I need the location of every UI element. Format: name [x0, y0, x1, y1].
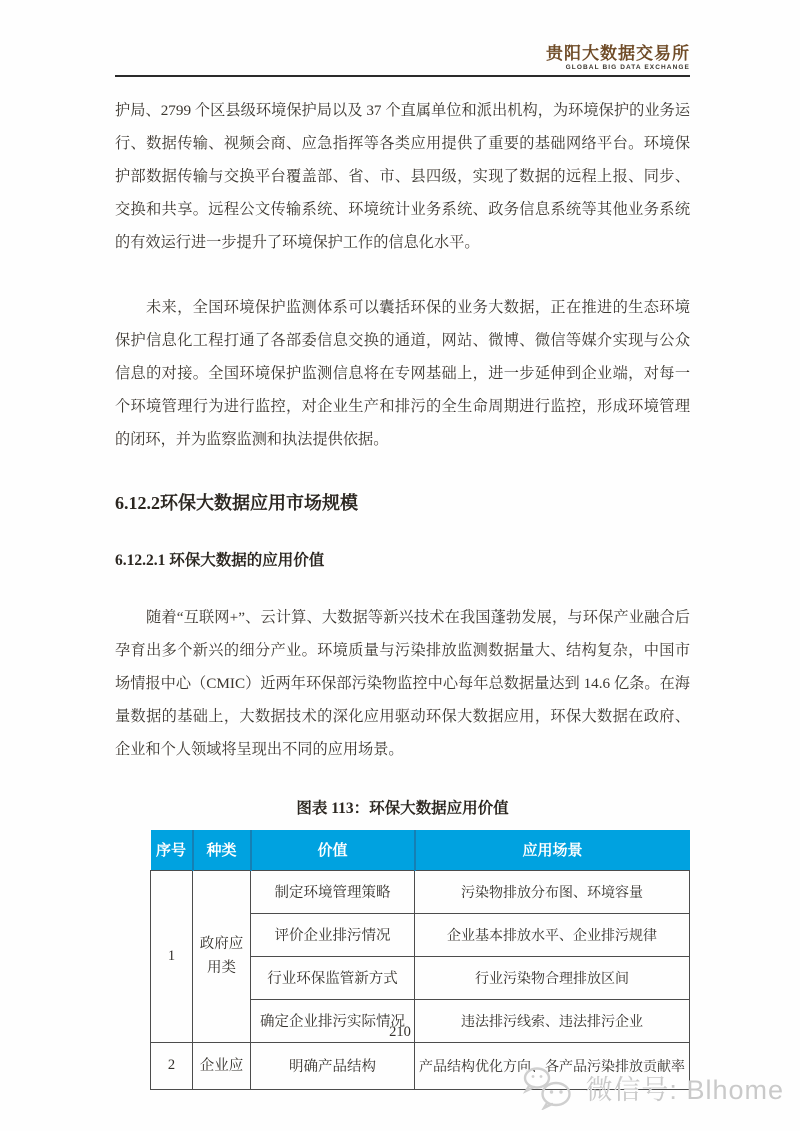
- table-header: 序号 种类 价值 应用场景: [151, 830, 690, 870]
- page-header: 贵阳大数据交易所 GLOBAL BIG DATA EXCHANGE: [115, 0, 690, 77]
- subsection-heading: 6.12.2.1 环保大数据的应用价值: [115, 548, 690, 570]
- section-heading: 6.12.2环保大数据应用市场规模: [115, 489, 690, 515]
- category-cell: 企业应: [193, 1042, 251, 1089]
- page-content: 护局、2799 个区县级环境保护局以及 37 个直属单位和派出机构，为环境保护的…: [115, 77, 690, 1090]
- paragraph-application-value: 随着“互联网+”、云计算、大数据等新兴技术在我国蓬勃发展，与环保产业融合后孕育出…: [115, 601, 690, 766]
- value-cell: 评价企业排污情况: [251, 913, 415, 956]
- row-number-cell: 2: [151, 1042, 193, 1089]
- value-cell: 明确产品结构: [251, 1042, 415, 1089]
- table-caption: 图表 113：环保大数据应用价值: [115, 796, 690, 818]
- scene-cell: 行业污染物合理排放区间: [415, 956, 690, 999]
- column-header-no: 序号: [151, 830, 193, 870]
- brand-subtitle: GLOBAL BIG DATA EXCHANGE: [546, 63, 690, 72]
- watermark: 微信号: Blhome: [521, 1064, 784, 1110]
- value-table-body: 1政府应用类制定环境管理策略污染物排放分布图、环境容量评价企业排污情况企业基本排…: [151, 870, 690, 1089]
- category-cell: 政府应用类: [193, 870, 251, 1042]
- table-row: 1政府应用类制定环境管理策略污染物排放分布图、环境容量: [151, 870, 690, 913]
- scene-cell: 企业基本排放水平、企业排污规律: [415, 913, 690, 956]
- value-cell: 行业环保监管新方式: [251, 956, 415, 999]
- table-header-row: 序号 种类 价值 应用场景: [151, 830, 690, 870]
- brand-logo: 贵阳大数据交易所 GLOBAL BIG DATA EXCHANGE: [546, 45, 690, 72]
- row-number-cell: 1: [151, 870, 193, 1042]
- column-header-scene: 应用场景: [415, 830, 690, 870]
- watermark-text: 微信号: Blhome: [585, 1068, 784, 1107]
- paragraph-future-monitoring: 未来，全国环境保护监测体系可以囊括环保的业务大数据，正在推进的生态环境保护信息化…: [115, 291, 690, 456]
- column-header-category: 种类: [193, 830, 251, 870]
- value-cell: 制定环境管理策略: [251, 870, 415, 913]
- paragraph-network-platform: 护局、2799 个区县级环境保护局以及 37 个直属单位和派出机构，为环境保护的…: [115, 94, 690, 259]
- scene-cell: 污染物排放分布图、环境容量: [415, 870, 690, 913]
- document-page: 贵阳大数据交易所 GLOBAL BIG DATA EXCHANGE 护局、279…: [0, 0, 800, 1131]
- wechat-icon: [521, 1064, 575, 1110]
- brand-title: 贵阳大数据交易所: [546, 45, 690, 63]
- page-number: 210: [0, 1024, 800, 1041]
- column-header-value: 价值: [251, 830, 415, 870]
- application-value-table: 序号 种类 价值 应用场景 1政府应用类制定环境管理策略污染物排放分布图、环境容…: [150, 830, 690, 1090]
